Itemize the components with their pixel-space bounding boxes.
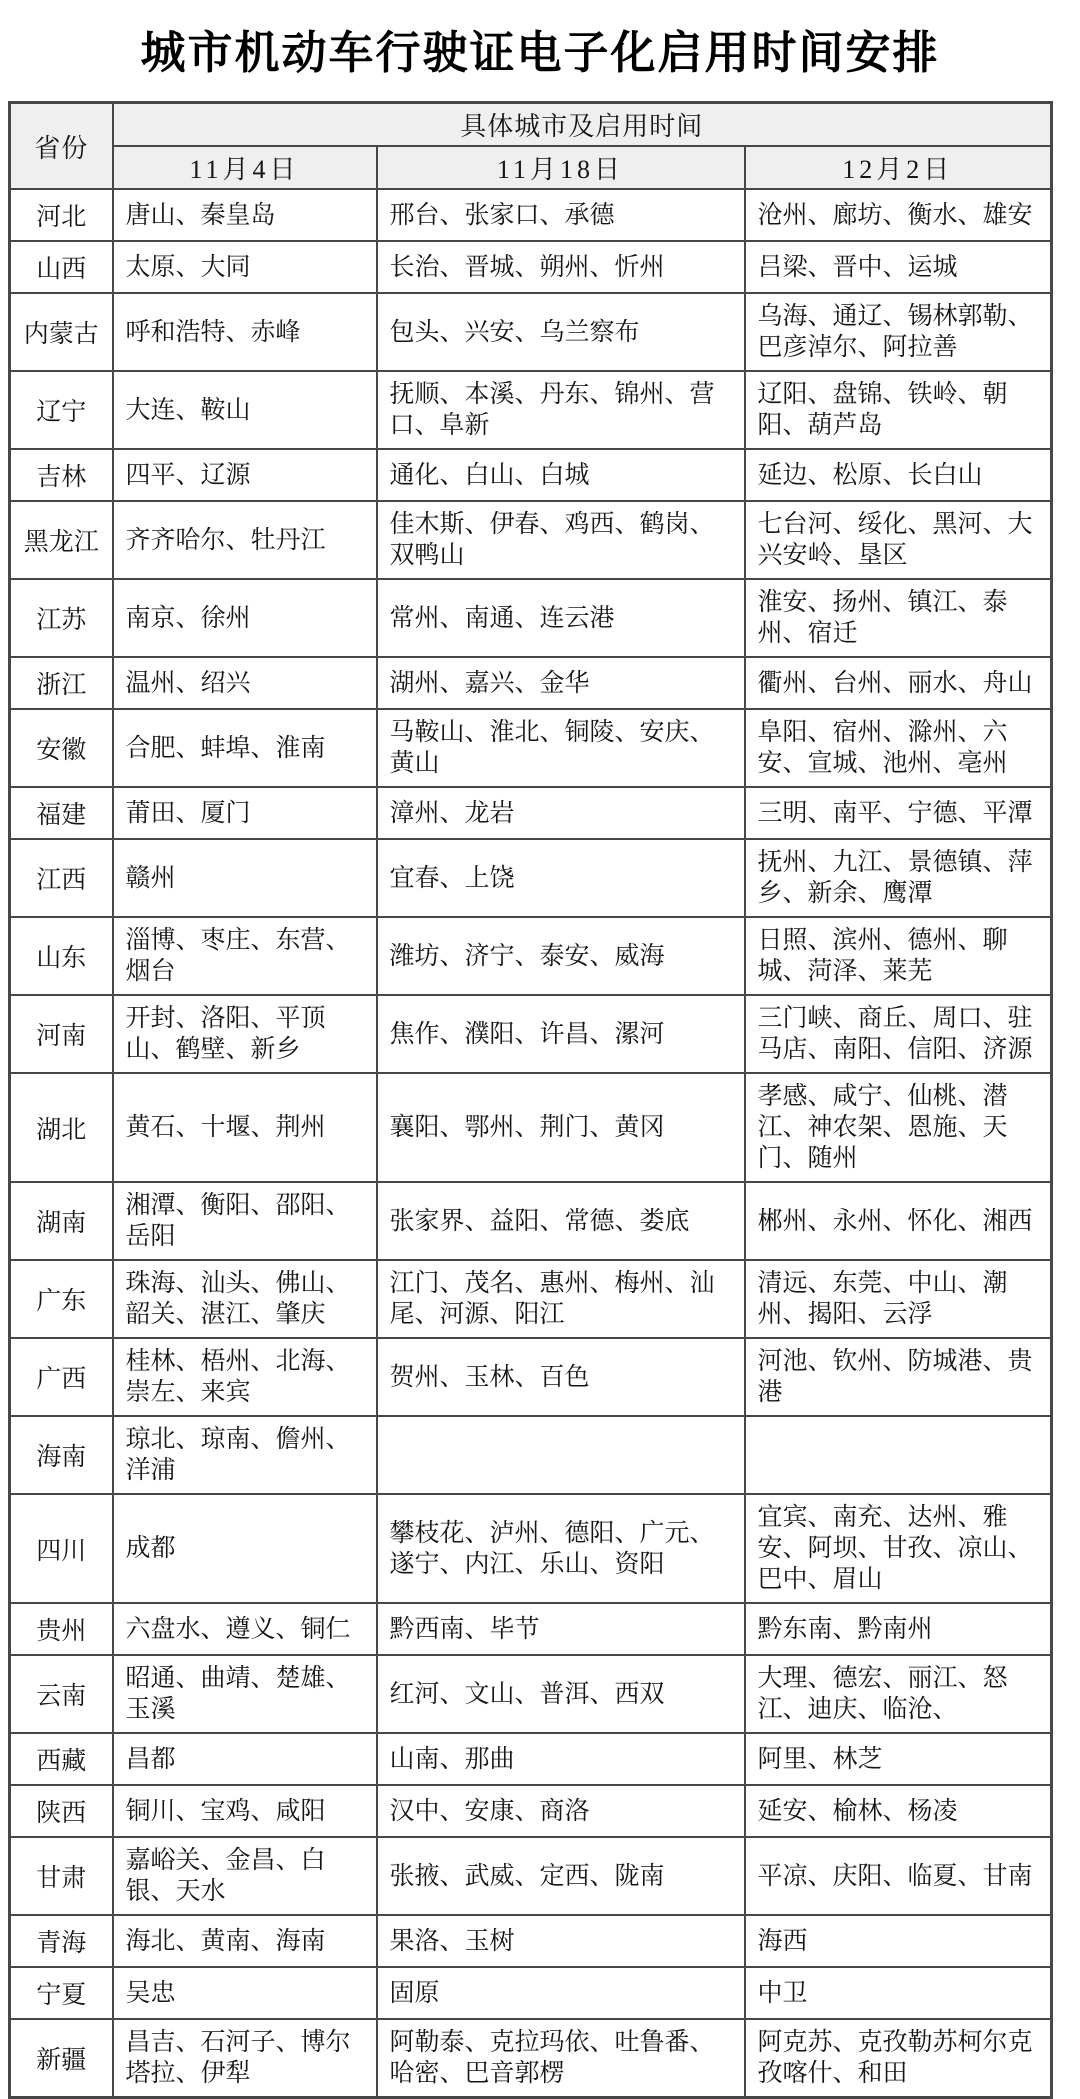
cities-cell-dec2: 延安、榆林、杨凌 [745,1785,1052,1837]
province-cell: 安徽 [10,709,113,787]
province-cell: 山东 [10,917,113,995]
province-cell: 甘肃 [10,1837,113,1915]
cities-cell-nov18: 潍坊、济宁、泰安、威海 [377,917,745,995]
table-row: 辽宁大连、鞍山抚顺、本溪、丹东、锦州、营口、阜新辽阳、盘锦、铁岭、朝阳、葫芦岛 [10,371,1052,449]
province-cell: 河南 [10,995,113,1073]
table-row: 吉林四平、辽源通化、白山、白城延边、松原、长白山 [10,449,1052,501]
province-cell: 西藏 [10,1733,113,1785]
cities-cell-nov4: 呼和浩特、赤峰 [113,293,377,371]
cities-cell-dec2: 宜宾、南充、达州、雅安、阿坝、甘孜、凉山、巴中、眉山 [745,1494,1052,1603]
cities-cell-dec2: 平凉、庆阳、临夏、甘南 [745,1837,1052,1915]
cities-cell-dec2: 黔东南、黔南州 [745,1603,1052,1655]
table-row: 海南琼北、琼南、儋州、洋浦 [10,1416,1052,1494]
table-row: 甘肃嘉峪关、金昌、白银、天水张掖、武威、定西、陇南平凉、庆阳、临夏、甘南 [10,1837,1052,1915]
cities-cell-nov18: 阿勒泰、克拉玛依、吐鲁番、哈密、巴音郭楞 [377,2019,745,2098]
cities-cell-nov18: 张家界、益阳、常德、娄底 [377,1182,745,1260]
cities-cell-dec2: 延边、松原、长白山 [745,449,1052,501]
cities-cell-dec2: 七台河、绥化、黑河、大兴安岭、垦区 [745,501,1052,579]
table-header: 省份 具体城市及启用时间 11月4日 11月18日 12月2日 [10,103,1052,190]
province-cell: 山西 [10,241,113,293]
cities-cell-nov4: 铜川、宝鸡、咸阳 [113,1785,377,1837]
province-cell: 吉林 [10,449,113,501]
table-row: 陕西铜川、宝鸡、咸阳汉中、安康、商洛延安、榆林、杨凌 [10,1785,1052,1837]
date-column-header-dec2: 12月2日 [745,146,1052,189]
province-cell: 黑龙江 [10,501,113,579]
table-row: 浙江温州、绍兴湖州、嘉兴、金华衢州、台州、丽水、舟山 [10,657,1052,709]
cities-cell-nov18: 抚顺、本溪、丹东、锦州、营口、阜新 [377,371,745,449]
schedule-table: 省份 具体城市及启用时间 11月4日 11月18日 12月2日 河北唐山、秦皇岛… [8,101,1053,2099]
cities-cell-dec2: 大理、德宏、丽江、怒江、迪庆、临沧、 [745,1655,1052,1733]
cities-cell-nov4: 齐齐哈尔、牡丹江 [113,501,377,579]
page-title: 城市机动车行驶证电子化启用时间安排 [0,0,1080,101]
table-row: 贵州六盘水、遵义、铜仁黔西南、毕节黔东南、黔南州 [10,1603,1052,1655]
cities-cell-dec2 [745,1416,1052,1494]
cities-cell-nov18: 漳州、龙岩 [377,787,745,839]
cities-cell-dec2: 淮安、扬州、镇江、泰州、宿迁 [745,579,1052,657]
province-cell: 河北 [10,189,113,241]
province-cell: 江苏 [10,579,113,657]
cities-cell-dec2: 郴州、永州、怀化、湘西 [745,1182,1052,1260]
cities-cell-nov4: 桂林、梧州、北海、崇左、来宾 [113,1338,377,1416]
cities-cell-nov4: 黄石、十堰、荆州 [113,1073,377,1182]
cities-cell-dec2: 中卫 [745,1967,1052,2019]
cities-cell-nov18 [377,1416,745,1494]
table-row: 山西太原、大同长治、晋城、朔州、忻州吕梁、晋中、运城 [10,241,1052,293]
cities-cell-dec2: 乌海、通辽、锡林郭勒、巴彦淖尔、阿拉善 [745,293,1052,371]
cities-cell-dec2: 河池、钦州、防城港、贵港 [745,1338,1052,1416]
cities-cell-nov4: 琼北、琼南、儋州、洋浦 [113,1416,377,1494]
cities-cell-nov18: 江门、茂名、惠州、梅州、汕尾、河源、阳江 [377,1260,745,1338]
cities-cell-dec2: 沧州、廊坊、衡水、雄安 [745,189,1052,241]
table-row: 湖北黄石、十堰、荆州襄阳、鄂州、荆门、黄冈孝感、咸宁、仙桃、潜江、神农架、恩施、… [10,1073,1052,1182]
province-cell: 广东 [10,1260,113,1338]
table-row: 江苏南京、徐州常州、南通、连云港淮安、扬州、镇江、泰州、宿迁 [10,579,1052,657]
cities-cell-dec2: 衢州、台州、丽水、舟山 [745,657,1052,709]
cities-cell-nov4: 南京、徐州 [113,579,377,657]
cities-cell-nov18: 张掖、武威、定西、陇南 [377,1837,745,1915]
province-cell: 贵州 [10,1603,113,1655]
cities-cell-nov18: 佳木斯、伊春、鸡西、鹤岗、双鸭山 [377,501,745,579]
header-row-group: 省份 具体城市及启用时间 [10,103,1052,147]
table-row: 河南开封、洛阳、平顶山、鹤壁、新乡焦作、濮阳、许昌、漯河三门峡、商丘、周口、驻马… [10,995,1052,1073]
cities-cell-dec2: 三明、南平、宁德、平潭 [745,787,1052,839]
table-row: 青海海北、黄南、海南果洛、玉树海西 [10,1915,1052,1967]
table-row: 山东淄博、枣庄、东营、烟台潍坊、济宁、泰安、威海日照、滨州、德州、聊城、菏泽、莱… [10,917,1052,995]
cities-cell-nov4: 开封、洛阳、平顶山、鹤壁、新乡 [113,995,377,1073]
cities-cell-nov18: 通化、白山、白城 [377,449,745,501]
cities-cell-nov4: 昌吉、石河子、博尔塔拉、伊犁 [113,2019,377,2098]
cities-cell-nov18: 宜春、上饶 [377,839,745,917]
cities-cell-nov4: 唐山、秦皇岛 [113,189,377,241]
table-row: 江西赣州宜春、上饶抚州、九江、景德镇、萍乡、新余、鹰潭 [10,839,1052,917]
table-row: 西藏昌都山南、那曲阿里、林芝 [10,1733,1052,1785]
cities-cell-nov18: 红河、文山、普洱、西双 [377,1655,745,1733]
cities-cell-nov18: 包头、兴安、乌兰察布 [377,293,745,371]
table-row: 河北唐山、秦皇岛邢台、张家口、承德沧州、廊坊、衡水、雄安 [10,189,1052,241]
cities-cell-dec2: 吕梁、晋中、运城 [745,241,1052,293]
table-row: 云南昭通、曲靖、楚雄、玉溪红河、文山、普洱、西双大理、德宏、丽江、怒江、迪庆、临… [10,1655,1052,1733]
cities-cell-nov4: 大连、鞍山 [113,371,377,449]
cities-cell-nov4: 淄博、枣庄、东营、烟台 [113,917,377,995]
province-cell: 青海 [10,1915,113,1967]
province-cell: 浙江 [10,657,113,709]
table-row: 广西桂林、梧州、北海、崇左、来宾贺州、玉林、百色河池、钦州、防城港、贵港 [10,1338,1052,1416]
province-cell: 新疆 [10,2019,113,2098]
cities-cell-nov4: 四平、辽源 [113,449,377,501]
cities-cell-nov18: 固原 [377,1967,745,2019]
cities-cell-nov4: 吴忠 [113,1967,377,2019]
cities-cell-dec2: 辽阳、盘锦、铁岭、朝阳、葫芦岛 [745,371,1052,449]
province-cell: 广西 [10,1338,113,1416]
province-cell: 湖南 [10,1182,113,1260]
cities-cell-nov18: 邢台、张家口、承德 [377,189,745,241]
cities-cell-nov4: 珠海、汕头、佛山、韶关、湛江、肇庆 [113,1260,377,1338]
cities-cell-nov18: 长治、晋城、朔州、忻州 [377,241,745,293]
province-cell: 内蒙古 [10,293,113,371]
cities-cell-nov18: 山南、那曲 [377,1733,745,1785]
table-row: 福建莆田、厦门漳州、龙岩三明、南平、宁德、平潭 [10,787,1052,839]
cities-cell-dec2: 阜阳、宿州、滁州、六安、宣城、池州、亳州 [745,709,1052,787]
cities-cell-nov18: 常州、南通、连云港 [377,579,745,657]
table-row: 宁夏吴忠固原中卫 [10,1967,1052,2019]
page: 城市机动车行驶证电子化启用时间安排 省份 具体城市及启用时间 11月4日 11月… [0,0,1080,2099]
province-cell: 宁夏 [10,1967,113,2019]
cities-cell-nov18: 马鞍山、淮北、铜陵、安庆、黄山 [377,709,745,787]
cities-cell-nov18: 汉中、安康、商洛 [377,1785,745,1837]
cities-cell-nov4: 太原、大同 [113,241,377,293]
province-cell: 辽宁 [10,371,113,449]
province-cell: 江西 [10,839,113,917]
cities-cell-nov4: 合肥、蚌埠、淮南 [113,709,377,787]
cities-cell-dec2: 海西 [745,1915,1052,1967]
table-row: 安徽合肥、蚌埠、淮南马鞍山、淮北、铜陵、安庆、黄山阜阳、宿州、滁州、六安、宣城、… [10,709,1052,787]
cities-cell-nov18: 贺州、玉林、百色 [377,1338,745,1416]
cities-cell-nov4: 六盘水、遵义、铜仁 [113,1603,377,1655]
table-row: 黑龙江齐齐哈尔、牡丹江佳木斯、伊春、鸡西、鹤岗、双鸭山七台河、绥化、黑河、大兴安… [10,501,1052,579]
table-row: 四川成都攀枝花、泸州、德阳、广元、遂宁、内江、乐山、资阳宜宾、南充、达州、雅安、… [10,1494,1052,1603]
province-cell: 海南 [10,1416,113,1494]
cities-cell-nov4: 嘉峪关、金昌、白银、天水 [113,1837,377,1915]
cities-cell-nov18: 焦作、濮阳、许昌、漯河 [377,995,745,1073]
province-cell: 陕西 [10,1785,113,1837]
cities-cell-nov4: 成都 [113,1494,377,1603]
province-column-header: 省份 [10,103,113,190]
table-body: 河北唐山、秦皇岛邢台、张家口、承德沧州、廊坊、衡水、雄安山西太原、大同长治、晋城… [10,189,1052,2098]
table-row: 内蒙古呼和浩特、赤峰包头、兴安、乌兰察布乌海、通辽、锡林郭勒、巴彦淖尔、阿拉善 [10,293,1052,371]
cities-cell-nov4: 昌都 [113,1733,377,1785]
cities-cell-nov18: 攀枝花、泸州、德阳、广元、遂宁、内江、乐山、资阳 [377,1494,745,1603]
cities-cell-nov4: 湘潭、衡阳、邵阳、岳阳 [113,1182,377,1260]
cities-cell-nov18: 襄阳、鄂州、荆门、黄冈 [377,1073,745,1182]
province-cell: 福建 [10,787,113,839]
cities-cell-nov18: 果洛、玉树 [377,1915,745,1967]
cities-cell-nov4: 温州、绍兴 [113,657,377,709]
cities-cell-dec2: 三门峡、商丘、周口、驻马店、南阳、信阳、济源 [745,995,1052,1073]
cities-cell-nov18: 湖州、嘉兴、金华 [377,657,745,709]
date-column-header-nov18: 11月18日 [377,146,745,189]
cities-cell-dec2: 抚州、九江、景德镇、萍乡、新余、鹰潭 [745,839,1052,917]
cities-cell-dec2: 清远、东莞、中山、潮州、揭阳、云浮 [745,1260,1052,1338]
cities-cell-nov4: 莆田、厦门 [113,787,377,839]
cities-cell-dec2: 阿里、林芝 [745,1733,1052,1785]
cities-cell-dec2: 阿克苏、克孜勒苏柯尔克孜喀什、和田 [745,2019,1052,2098]
province-cell: 湖北 [10,1073,113,1182]
cities-cell-nov4: 海北、黄南、海南 [113,1915,377,1967]
cities-cell-dec2: 孝感、咸宁、仙桃、潜江、神农架、恩施、天门、随州 [745,1073,1052,1182]
cities-cell-dec2: 日照、滨州、德州、聊城、菏泽、莱芜 [745,917,1052,995]
cities-cell-nov4: 赣州 [113,839,377,917]
province-cell: 云南 [10,1655,113,1733]
group-column-header: 具体城市及启用时间 [113,103,1052,147]
header-row-dates: 11月4日 11月18日 12月2日 [10,146,1052,189]
date-column-header-nov4: 11月4日 [113,146,377,189]
table-row: 湖南湘潭、衡阳、邵阳、岳阳张家界、益阳、常德、娄底郴州、永州、怀化、湘西 [10,1182,1052,1260]
cities-cell-nov4: 昭通、曲靖、楚雄、玉溪 [113,1655,377,1733]
table-row: 新疆昌吉、石河子、博尔塔拉、伊犁阿勒泰、克拉玛依、吐鲁番、哈密、巴音郭楞阿克苏、… [10,2019,1052,2098]
cities-cell-nov18: 黔西南、毕节 [377,1603,745,1655]
table-row: 广东珠海、汕头、佛山、韶关、湛江、肇庆江门、茂名、惠州、梅州、汕尾、河源、阳江清… [10,1260,1052,1338]
province-cell: 四川 [10,1494,113,1603]
